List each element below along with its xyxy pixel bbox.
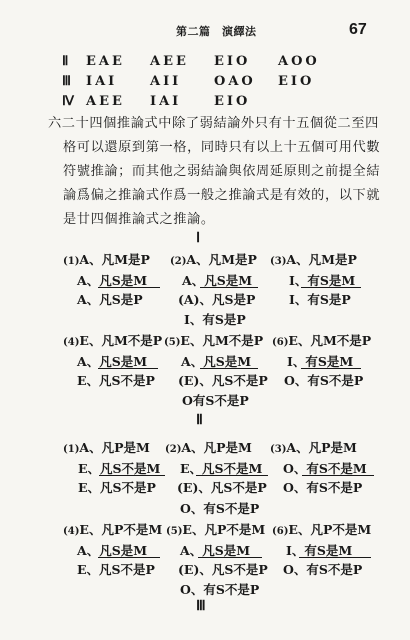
syllogism-conclusion: (E)、凡S不是P bbox=[177, 478, 267, 496]
syllogism-conclusion: E、凡S不是P bbox=[77, 560, 155, 578]
figure-label: Ⅳ bbox=[62, 93, 86, 109]
inference-line bbox=[299, 557, 371, 558]
mood: OAO bbox=[214, 74, 278, 89]
weakened-conclusion: I、有S是P bbox=[184, 310, 246, 328]
inference-line bbox=[301, 287, 361, 288]
syllogism-major: (2)A、凡P是M bbox=[165, 438, 252, 456]
paragraph-line: 六二十四個推論式中除了弱結論外只有十五個從二至四 bbox=[48, 112, 379, 137]
inference-line bbox=[98, 368, 158, 369]
weakened-conclusion: O有S不是P bbox=[182, 391, 249, 409]
weakened-conclusion: O、有S不是P bbox=[180, 499, 259, 517]
weakened-conclusion: O、有S不是P bbox=[180, 580, 259, 598]
inference-line bbox=[301, 368, 361, 369]
mood: AEE bbox=[150, 54, 214, 69]
syllogism-conclusion: E、凡S不是P bbox=[77, 371, 155, 389]
figure-label: Ⅱ bbox=[62, 53, 86, 69]
syllogism-major: (1)A、凡P是M bbox=[63, 438, 150, 456]
syllogism-major: (1)A、凡M是P bbox=[63, 250, 150, 268]
syllogism-major: (4)E、凡M不是P bbox=[63, 331, 162, 349]
syllogism-major: (3)A、凡M是P bbox=[270, 250, 357, 268]
syllogism-conclusion: A、凡S是P bbox=[77, 290, 143, 308]
inference-line bbox=[196, 475, 268, 476]
syllogism-conclusion: I、有S是P bbox=[289, 290, 351, 308]
paragraph-line: 格可以還原到第一格，同時只有以上十五個可用代數 bbox=[63, 136, 380, 161]
syllogism-conclusion: (E)、凡S不是P bbox=[178, 371, 268, 389]
syllogism-conclusion: (E)、凡S不是P bbox=[178, 560, 268, 578]
mood: AEE bbox=[86, 94, 150, 109]
paragraph-line: 是廿四個推論式之推論。 bbox=[63, 208, 215, 233]
syllogism-major: (3)A、凡P是M bbox=[270, 438, 357, 456]
inference-line bbox=[98, 287, 160, 288]
mood: EIO bbox=[278, 74, 342, 89]
mood: IAI bbox=[150, 94, 214, 109]
section-title: Ⅰ bbox=[196, 230, 200, 247]
mood: EIO bbox=[214, 54, 278, 69]
syllogism-conclusion: (A)、凡S是P bbox=[178, 290, 255, 308]
syllogism-major: (4)E、凡P不是M bbox=[63, 520, 162, 538]
mood: AII bbox=[150, 74, 214, 89]
figure-label: Ⅲ bbox=[62, 73, 86, 89]
inference-line bbox=[198, 557, 262, 558]
inference-line bbox=[200, 287, 258, 288]
mood-row-figure-4: ⅣAEEIAIEIO bbox=[62, 93, 278, 109]
syllogism-conclusion: O、有S不是P bbox=[283, 560, 362, 578]
syllogism-major: (5)E、凡M不是P bbox=[164, 331, 263, 349]
inference-line bbox=[98, 557, 160, 558]
book-page: 第二篇 演繹法 67 ⅡEAEAEEEIOAOO ⅢIAIAIIOAOEIO Ⅳ… bbox=[0, 0, 410, 640]
mood-row-figure-2: ⅡEAEAEEEIOAOO bbox=[62, 53, 342, 69]
syllogism-major: (2)A、凡M是P bbox=[170, 250, 257, 268]
section-title: Ⅱ bbox=[196, 412, 203, 429]
syllogism-conclusion: O、有S不是P bbox=[284, 371, 363, 389]
running-title: 第二篇 演繹法 bbox=[176, 23, 257, 39]
syllogism-major: (6)E、凡P不是M bbox=[272, 520, 371, 538]
inference-line bbox=[200, 368, 258, 369]
inference-line bbox=[99, 475, 165, 476]
mood-row-figure-3: ⅢIAIAIIOAOEIO bbox=[62, 73, 342, 89]
syllogism-major: (6)E、凡M不是P bbox=[272, 331, 371, 349]
paragraph-line: 符號推論；而其他之弱結論與依周延原則之前提全結 bbox=[63, 160, 380, 185]
syllogism-conclusion: E、凡S不是P bbox=[78, 478, 156, 496]
syllogism-major: (5)E、凡P不是M bbox=[166, 520, 265, 538]
mood: IAI bbox=[86, 74, 150, 89]
section-title: Ⅲ bbox=[196, 598, 206, 615]
paragraph-line: 論爲偏之推論式作爲一般之推論式是有效的，以下就 bbox=[63, 184, 380, 209]
mood: EAE bbox=[86, 54, 150, 69]
mood: EIO bbox=[214, 94, 278, 109]
mood: AOO bbox=[278, 54, 342, 69]
inference-line bbox=[302, 475, 374, 476]
syllogism-conclusion: O、有S不是P bbox=[283, 478, 362, 496]
page-number: 67 bbox=[349, 21, 367, 39]
